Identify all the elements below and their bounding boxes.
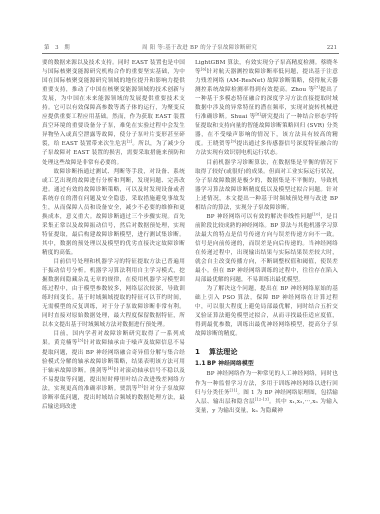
journal-page: 第 3 期 周 阳 等:基于改进 BP 的分子泵故障诊断研究 221 要的数据来…	[42, 0, 339, 514]
page-number: 221	[327, 44, 337, 53]
citation: [10]	[312, 212, 320, 216]
paragraph: LightGBM 算法，有效实现分子泵高精度检测。蔡晓冬等[6]针对航天器测控故…	[195, 59, 338, 159]
issue-label: 第 3 期	[44, 44, 72, 53]
left-column: 要的数据来源以及技术支持。同时 EAST 装置也是中国与国际核聚变能源研究机构合…	[42, 59, 185, 412]
subsection-number: 1.1	[195, 360, 207, 369]
citation: [12-13]	[255, 397, 269, 401]
paragraph: 为了解决这个问题，提出在 BP 神经网络原始的基础上引入 PSO 算法，保障 B…	[195, 285, 338, 339]
paragraph: 要的数据来源以及技术支持。同时 EAST 装置也是中国与国际核聚变能源研究机构合…	[42, 59, 185, 168]
subsection-title: BP 神经网络模型	[207, 361, 254, 367]
subsection-heading: 1.1BP 神经网络模型	[195, 360, 338, 369]
paragraph: BP 神经网络可以有效的解决非线性问题[10]，是目前阶段比较成熟的神经网络。B…	[195, 213, 338, 285]
section-number: 1	[195, 347, 209, 357]
paragraph: 目前机器学习诊断算法，在数据集是平衡的情况下取得了较好(或很好)的成果。但面对工…	[195, 159, 338, 213]
running-title: 周 阳 等:基于改进 BP 的分子泵故障诊断研究	[142, 44, 292, 53]
paragraph: BP 神经网络作为一种常见的人工神经网络，同时也作为一种监督学习方法，多用于训练…	[195, 370, 338, 415]
right-column: LightGBM 算法，有效实现分子泵高精度检测。蔡晓冬等[6]针对航天器测控故…	[195, 59, 338, 416]
section-title: 算法理论	[209, 348, 238, 356]
paragraph: 故障诊断指通过测试、判断等手段，对设备、系统或工艺出现的故障进行分析和判断，发现…	[42, 168, 185, 258]
paragraph: 目前信号处理和机器学习的特征提取方法已普遍用于振动信号分析。机器学习算法利用自主…	[42, 258, 185, 330]
section-heading: 1算法理论	[195, 347, 338, 357]
running-header: 第 3 期 周 阳 等:基于改进 BP 的分子泵故障诊断研究 221	[42, 44, 339, 54]
paragraph: 目前，国内学者对故障诊断研究取得了一系列成果。黄竞楠等[3]针对故障轴承由于噪声…	[42, 330, 185, 411]
